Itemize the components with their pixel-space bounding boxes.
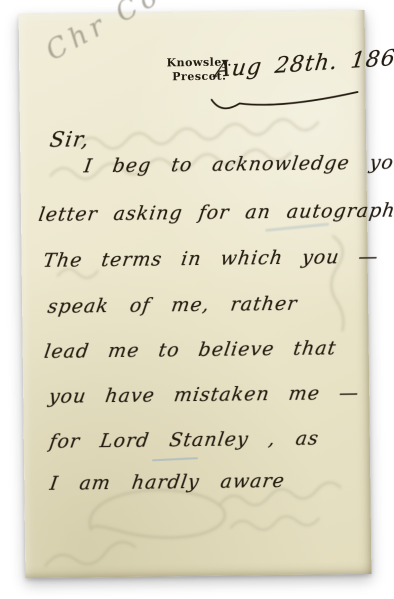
letter-line: you have mistaken me —: [47, 382, 360, 408]
letter-line: letter asking for an autograph.: [37, 199, 394, 225]
letter-line: lead me to believe that: [43, 337, 338, 363]
letter-paper: Chr Co Knowsley. Prescot. Aug 28th. 1868…: [19, 10, 372, 578]
letter-line: I am hardly aware: [48, 470, 286, 495]
pencil-notation: Chr Co: [41, 0, 167, 67]
letter-line: The terms in which you —: [42, 246, 380, 272]
letter-date: Aug 28th. 1868.: [213, 44, 394, 82]
salutation: Sir,: [48, 127, 91, 152]
stanley-blue-underline: [152, 457, 198, 461]
autograph-blue-mark: [265, 223, 329, 232]
letter-line: speak of me, rather: [46, 293, 299, 318]
letter-line: for Lord Stanley , as: [48, 427, 321, 452]
letter-line: I beg to acknowledge your: [83, 151, 394, 177]
photo-background: Chr Co Knowsley. Prescot. Aug 28th. 1868…: [0, 0, 394, 599]
